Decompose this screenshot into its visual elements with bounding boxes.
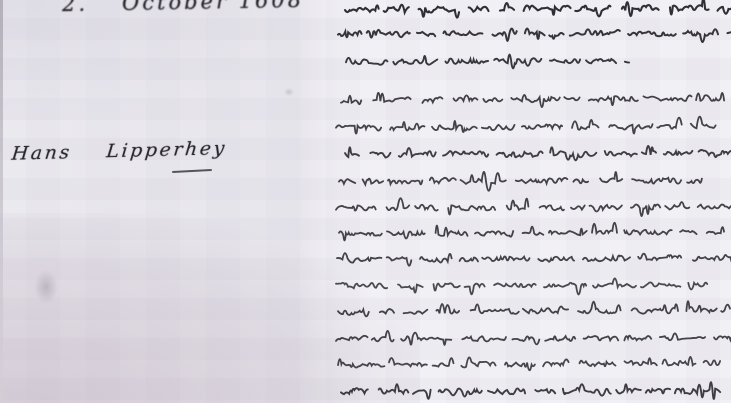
handwriting-line: [337, 253, 731, 266]
handwriting-line: [345, 146, 731, 160]
handwriting-line: [338, 357, 720, 370]
handwriting-line: [339, 172, 702, 191]
handwriting-line: [338, 29, 731, 43]
handwriting-line: [338, 301, 730, 316]
handwriting-line: [336, 278, 707, 294]
handwriting-line: [339, 223, 724, 241]
handwriting-line: [341, 382, 720, 399]
handwritten-body-text: [0, 0, 731, 403]
handwriting-line: [345, 0, 731, 18]
handwriting-line: [341, 93, 724, 107]
manuscript-photo: 2. October 1608 Hans Lipperhey: [0, 0, 731, 403]
handwriting-line: [336, 198, 731, 216]
handwriting-line: [336, 117, 716, 134]
handwriting-line: [336, 331, 731, 345]
handwriting-line: [346, 55, 629, 69]
